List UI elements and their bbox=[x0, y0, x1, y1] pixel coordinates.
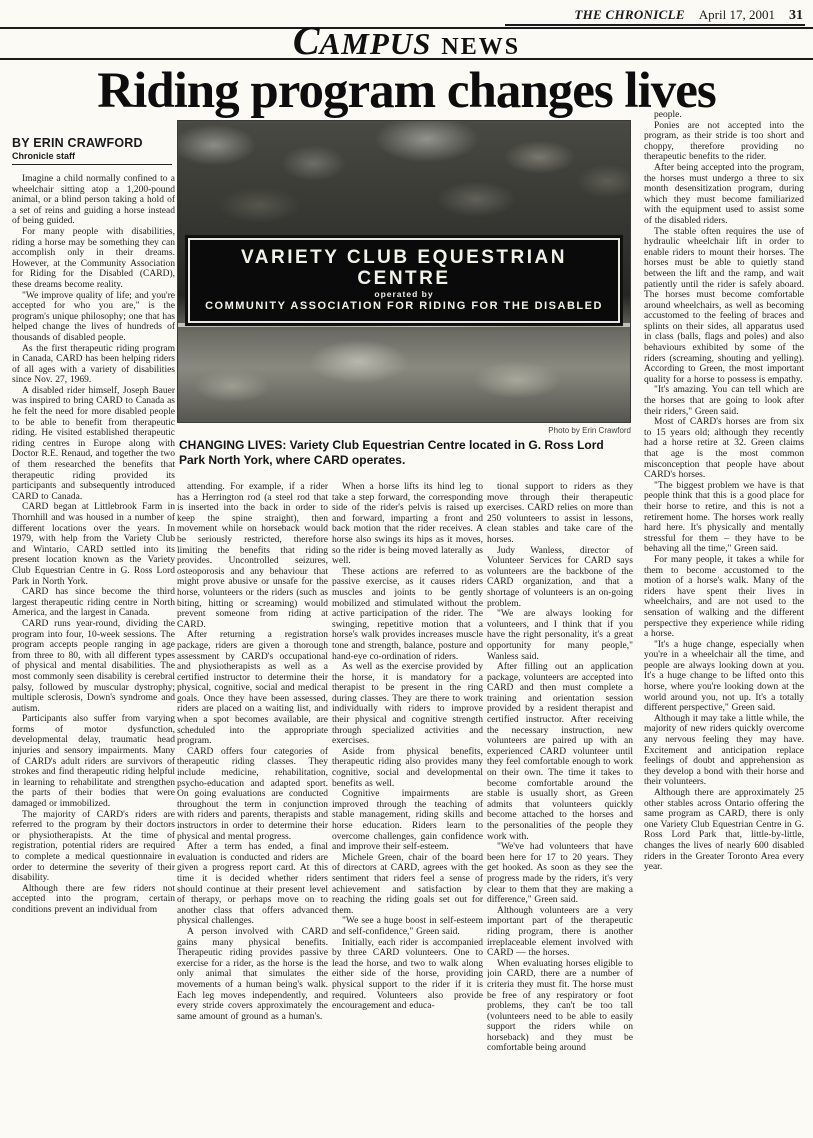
article-paragraph: A person involved with CARD gains many p… bbox=[177, 927, 328, 1022]
page-header: THE CHRONICLE April 17, 2001 31 bbox=[470, 7, 803, 24]
byline-author: BY ERIN CRAWFORD bbox=[12, 136, 175, 150]
article-paragraph: Aside from physical benefits, therapeuti… bbox=[332, 747, 483, 789]
article-paragraph: "It's amazing. You can tell which are th… bbox=[644, 385, 804, 417]
section-masthead: CAMPUSNEWS bbox=[0, 24, 813, 62]
article-paragraph: Ponies are not accepted into the program… bbox=[644, 121, 804, 163]
sign-operator: COMMUNITY ASSOCIATION FOR RIDING FOR THE… bbox=[194, 300, 614, 313]
article-paragraph: For many people, it takes a while for th… bbox=[644, 555, 804, 640]
article-paragraph: Initially, each rider is accompanied by … bbox=[332, 938, 483, 1012]
article-paragraph: As the first therapeutic riding program … bbox=[12, 344, 175, 386]
article-paragraph: Imagine a child normally confined to a w… bbox=[12, 174, 175, 227]
article-column-2: attending. For example, if a rider has a… bbox=[177, 482, 328, 1136]
article-paragraph: When a horse lifts its hind leg to take … bbox=[332, 482, 483, 567]
newspaper-page: THE CHRONICLE April 17, 2001 31 CAMPUSNE… bbox=[0, 0, 813, 1138]
article-paragraph: Michele Green, chair of the board of dir… bbox=[332, 853, 483, 917]
article-paragraph: attending. For example, if a rider has a… bbox=[177, 482, 328, 630]
masthead-word1: AMPUS bbox=[320, 26, 432, 61]
article-paragraph: After a term has ended, a final evaluati… bbox=[177, 842, 328, 927]
article-paragraph: Although it may take a little while, the… bbox=[644, 714, 804, 788]
article-paragraph: CARD runs year-round, dividing the progr… bbox=[12, 619, 175, 714]
photo-caption: CHANGING LIVES: Variety Club Equestrian … bbox=[179, 438, 626, 468]
article-paragraph: Judy Wanless, director of Volunteer Serv… bbox=[487, 546, 633, 610]
article-column-1: Imagine a child normally confined to a w… bbox=[12, 174, 175, 1136]
byline-rule bbox=[12, 164, 172, 165]
article-paragraph: "We've had volunteers that have been her… bbox=[487, 842, 633, 906]
byline-affiliation: Chronicle staff bbox=[12, 151, 175, 161]
article-paragraph: These actions are referred to as passive… bbox=[332, 567, 483, 662]
article-paragraph: After being accepted into the program, t… bbox=[644, 163, 804, 227]
masthead-rule-bottom bbox=[0, 58, 813, 60]
article-paragraph: The majority of CARD's riders are referr… bbox=[12, 810, 175, 884]
article-paragraph: tional support to riders as they move th… bbox=[487, 482, 633, 546]
article-column-5: people.Ponies are not accepted into the … bbox=[644, 110, 804, 1136]
article-paragraph: "We see a huge boost in self-esteem and … bbox=[332, 916, 483, 937]
article-paragraph: Cognitive impairments are improved throu… bbox=[332, 789, 483, 853]
article-paragraph: CARD has since become the third largest … bbox=[12, 587, 175, 619]
publication-name: THE CHRONICLE bbox=[574, 7, 684, 23]
article-paragraph: Although there are few riders not accept… bbox=[12, 884, 175, 916]
article-paragraph: For many people with disabilities, ridin… bbox=[12, 227, 175, 291]
sign-title: VARIETY CLUB EQUESTRIAN CENTRE bbox=[194, 247, 614, 289]
article-paragraph: CARD offers four categories of therapeut… bbox=[177, 747, 328, 842]
publication-date: April 17, 2001 bbox=[699, 7, 775, 23]
article-paragraph: "We improve quality of life; and you're … bbox=[12, 291, 175, 344]
article-paragraph: "The biggest problem we have is that peo… bbox=[644, 481, 804, 555]
article-paragraph: After filling out an application package… bbox=[487, 662, 633, 842]
article-column-4: tional support to riders as they move th… bbox=[487, 482, 633, 1136]
article-paragraph: "We are always looking for volunteers, a… bbox=[487, 609, 633, 662]
article-paragraph: CARD began at Littlebrook Farm in Thornh… bbox=[12, 502, 175, 587]
page-number: 31 bbox=[789, 8, 803, 24]
sign-subtitle: operated by bbox=[194, 289, 614, 300]
article-paragraph: A disabled rider himself, Joseph Bauer w… bbox=[12, 386, 175, 503]
article-paragraph: Participants also suffer from varying fo… bbox=[12, 714, 175, 809]
article-paragraph: people. bbox=[644, 110, 804, 121]
masthead-word2: NEWS bbox=[441, 34, 520, 60]
article-paragraph: As well as the exercise provided by the … bbox=[332, 662, 483, 747]
byline-block: BY ERIN CRAWFORD Chronicle staff bbox=[12, 136, 175, 165]
article-paragraph: "It's a huge change, especially when you… bbox=[644, 640, 804, 714]
article-paragraph: Although there are approximately 25 othe… bbox=[644, 788, 804, 873]
article-paragraph: Most of CARD's horses are from six to 15… bbox=[644, 417, 804, 481]
article-column-3: When a horse lifts its hind leg to take … bbox=[332, 482, 483, 1136]
article-paragraph: The stable often requires the use of hyd… bbox=[644, 227, 804, 386]
article-paragraph: Although volunteers are a very important… bbox=[487, 906, 633, 959]
equestrian-centre-sign: VARIETY CLUB EQUESTRIAN CENTRE operated … bbox=[188, 238, 620, 323]
article-photo: VARIETY CLUB EQUESTRIAN CENTRE operated … bbox=[177, 120, 631, 423]
article-paragraph: After returning a registration package, … bbox=[177, 630, 328, 747]
photo-credit: Photo by Erin Crawford bbox=[177, 426, 631, 435]
masthead-initial: C bbox=[293, 18, 320, 63]
article-paragraph: When evaluating horses eligible to join … bbox=[487, 959, 633, 1054]
